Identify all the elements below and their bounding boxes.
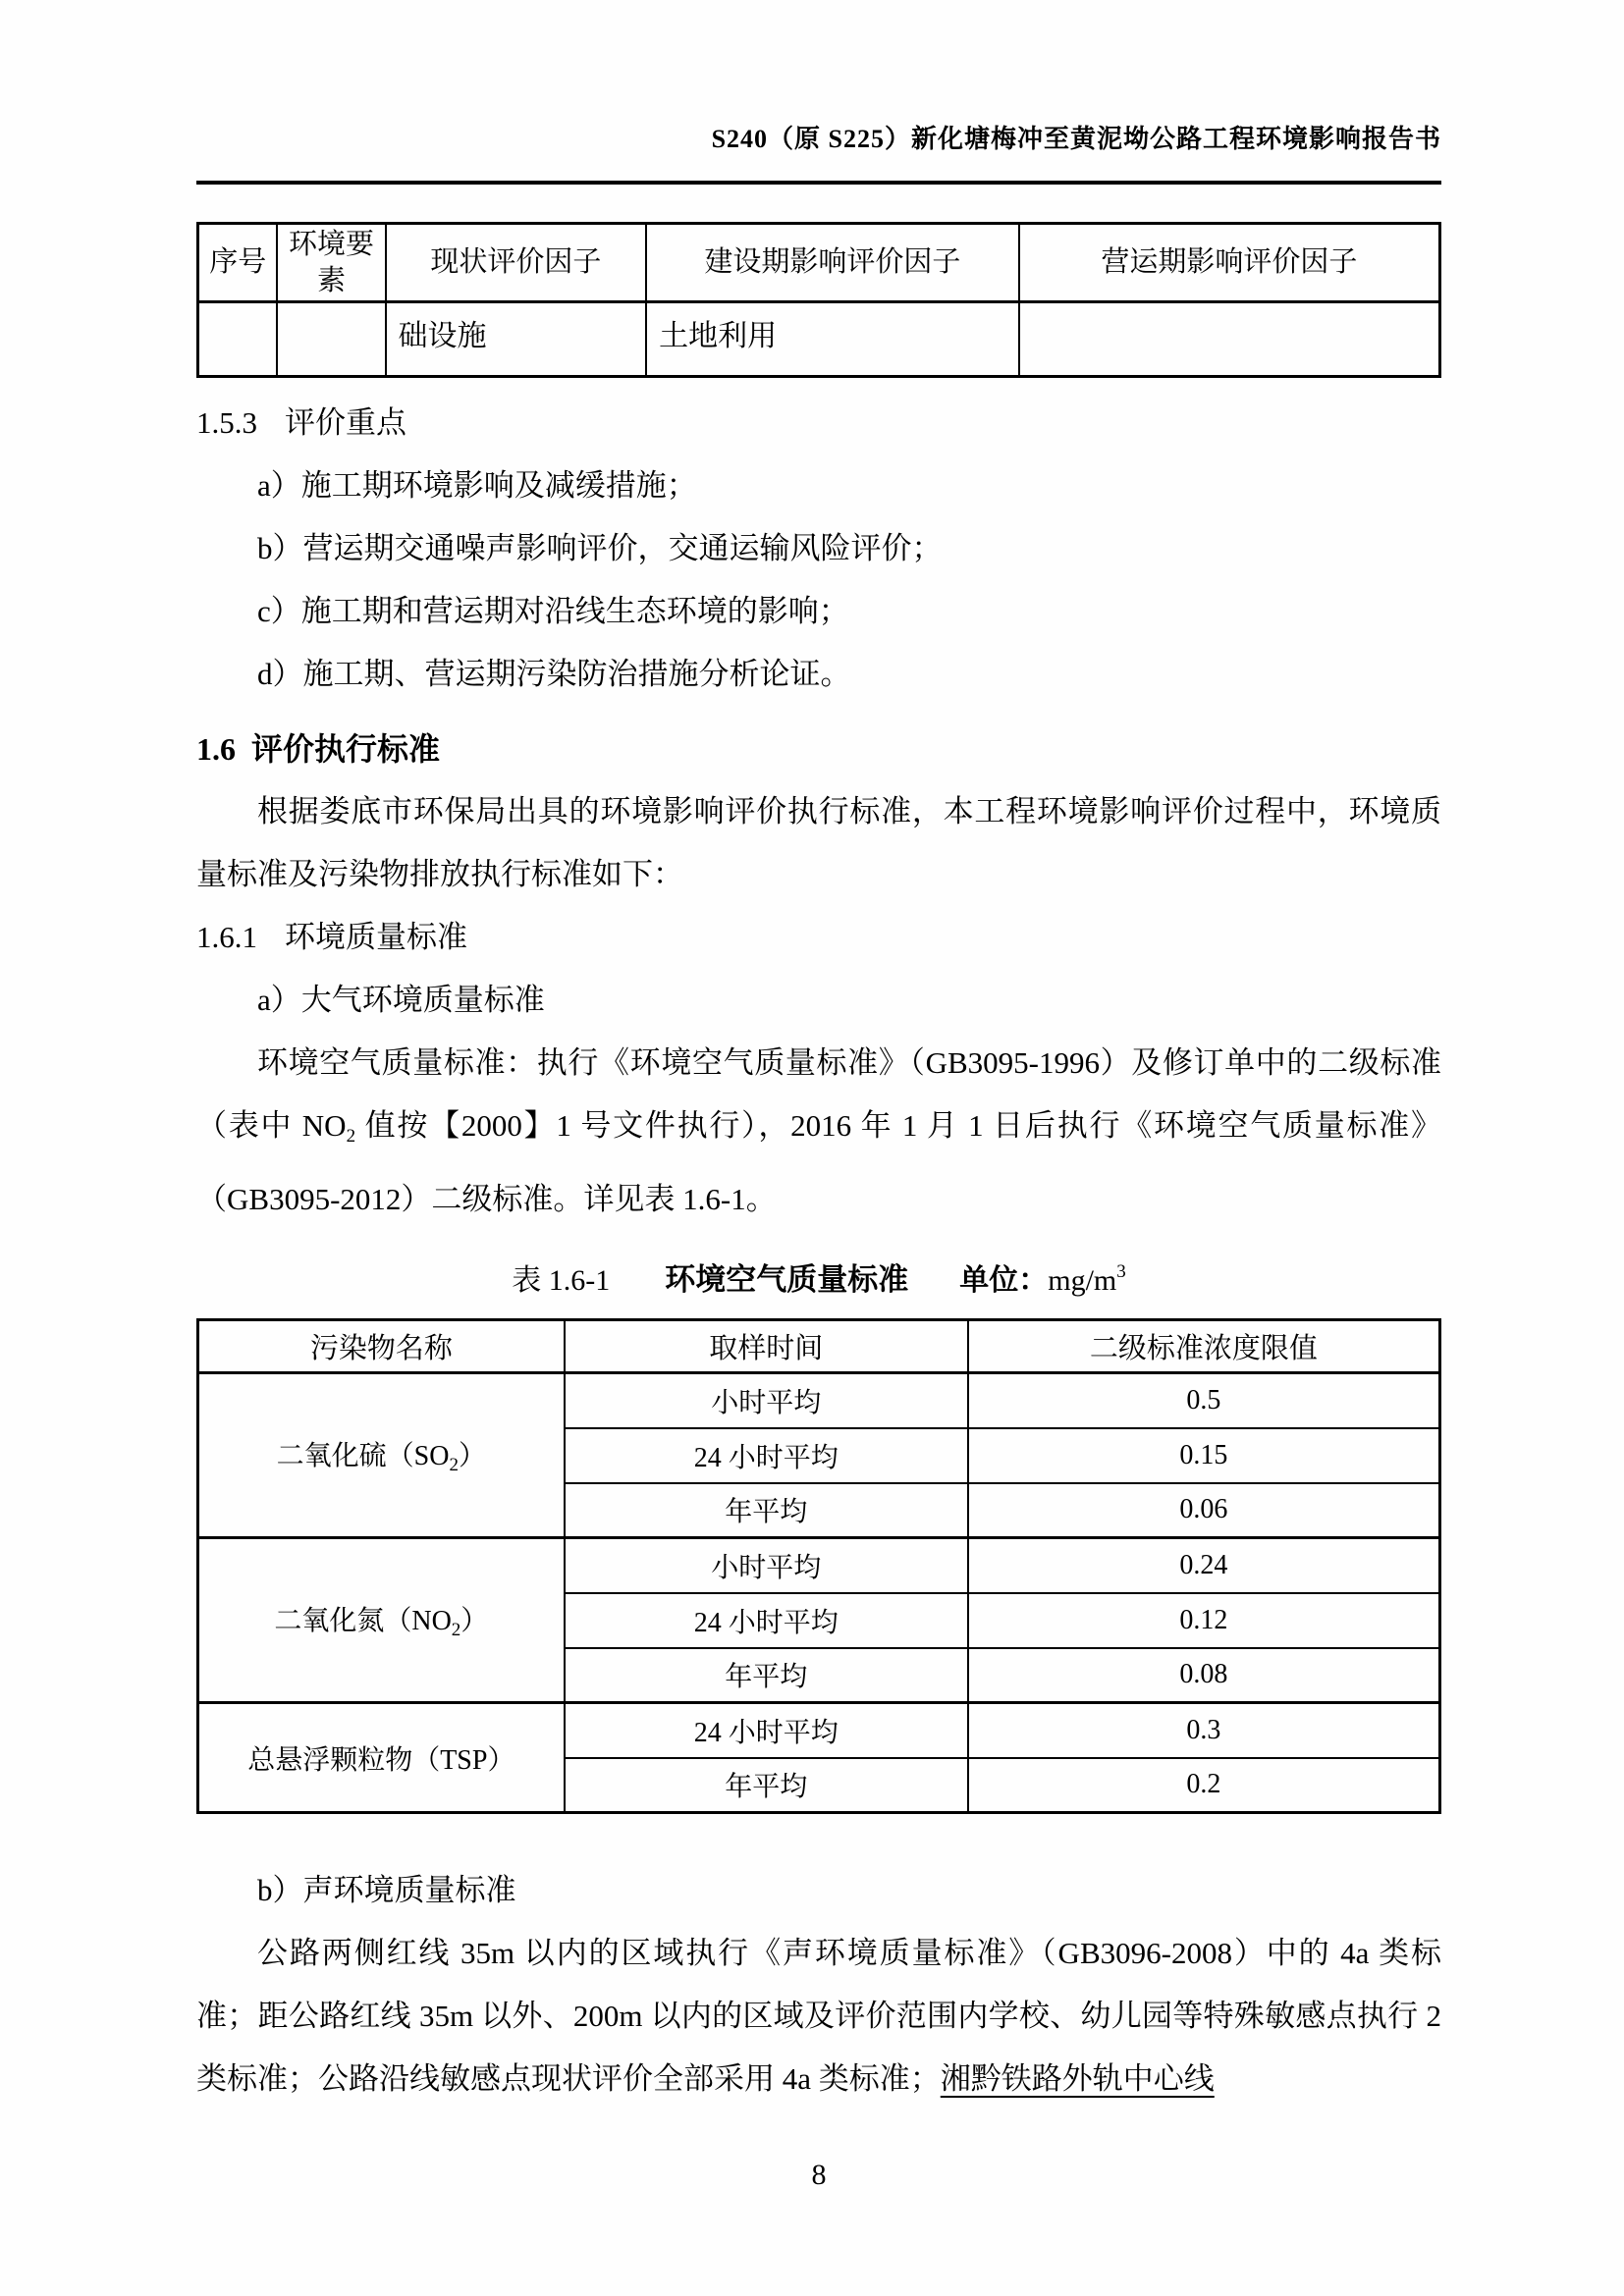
subscript: 2 [452,1620,461,1640]
pollutant-cell-no2: 二氧化氮（NO2） [198,1538,565,1703]
running-header: S240（原 S225）新化塘梅冲至黄泥坳公路工程环境影响报告书 [196,0,1441,155]
limit-value-cell: 0.5 [968,1373,1440,1428]
subsection-b-label: b）声环境质量标准 [196,1859,1441,1922]
pollutant-name-close: ） [459,1441,486,1471]
section-1-5-3-heading: 1.5.3评价重点 [196,392,1441,454]
section-title: 环境质量标准 [285,920,467,954]
table-row: 二氧化硫（SO2） 小时平均 0.5 [198,1373,1440,1428]
carryover-table: 序号 环境要素 现状评价因子 建设期影响评价因子 营运期影响评价因子 础设施 土… [196,222,1441,378]
document-page: S240（原 S225）新化塘梅冲至黄泥坳公路工程环境影响报告书 序号 环境要素… [0,0,1624,2296]
col-header-pollutant: 污染物名称 [198,1320,565,1373]
sampling-time-cell: 小时平均 [565,1373,968,1428]
pollutant-name: 二氧化硫（SO [277,1441,450,1471]
noise-standard-paragraph: 公路两侧红线 35m 以内的区域执行《声环境质量标准》（GB3096-2008）… [196,1922,1441,2110]
pollutant-name: 总悬浮颗粒物（TSP） [247,1745,514,1776]
carryover-table-header-row: 序号 环境要素 现状评价因子 建设期影响评价因子 营运期影响评价因子 [198,224,1440,302]
pollutant-name-close: ） [460,1606,488,1636]
sampling-time-cell: 年平均 [565,1483,968,1538]
sampling-time-cell: 24 小时平均 [565,1703,968,1758]
limit-value-cell: 0.3 [968,1703,1440,1758]
cell-current-factor: 础设施 [386,302,647,377]
table-row: 础设施 土地利用 [198,302,1440,377]
limit-value-cell: 0.24 [968,1538,1440,1593]
header-rule [196,181,1441,185]
paragraph-text: 值按【2000】1 号文件执行），2016 年 1 月 1 日后执行《环境空气质… [196,1108,1441,1216]
cell-env-element [277,302,385,377]
limit-value-cell: 0.06 [968,1483,1440,1538]
cell-construction-factor: 土地利用 [646,302,1019,377]
section-1-6-heading: 1.6评价执行标准 [196,718,1441,780]
superscript: 3 [1116,1261,1126,1282]
air-standard-paragraph: 环境空气质量标准：执行《环境空气质量标准》（GB3095-1996）及修订单中的… [196,1032,1441,1231]
paragraph-text: 公路两侧红线 35m 以内的区域执行《声环境质量标准》（GB3096-2008）… [196,1936,1441,2096]
table-caption-label: 表 1.6-1 [512,1264,610,1297]
table-caption-title: 环境空气质量标准 [665,1262,908,1297]
section-1-6-1-heading: 1.6.1环境质量标准 [196,906,1441,969]
air-quality-standards-table: 污染物名称 取样时间 二级标准浓度限值 二氧化硫（SO2） 小时平均 0.5 2… [196,1318,1441,1814]
list-item-b: b）营运期交通噪声影响评价，交通运输风险评价； [196,517,1441,580]
limit-value-cell: 0.12 [968,1593,1440,1648]
col-header-seq: 序号 [198,224,278,302]
list-item-a: a）施工期环境影响及减缓措施； [196,454,1441,517]
section-number: 1.6 [196,731,236,767]
subscript: 2 [347,1126,356,1147]
section-1-6-paragraph: 根据娄底市环保局出具的环境影响评价执行标准，本工程环境影响评价过程中，环境质量标… [196,780,1441,906]
col-header-limit: 二级标准浓度限值 [968,1320,1440,1373]
pollutant-cell-tsp: 总悬浮颗粒物（TSP） [198,1703,565,1813]
subscript: 2 [449,1455,459,1475]
air-table-header-row: 污染物名称 取样时间 二级标准浓度限值 [198,1320,1440,1373]
col-header-sampling-time: 取样时间 [565,1320,968,1373]
col-header-construction-factor: 建设期影响评价因子 [646,224,1019,302]
sampling-time-cell: 24 小时平均 [565,1593,968,1648]
col-header-operation-factor: 营运期影响评价因子 [1019,224,1440,302]
underlined-text: 湘黔铁路外轨中心线 [941,2061,1215,2096]
list-item-c: c）施工期和营运期对沿线生态环境的影响； [196,580,1441,643]
limit-value-cell: 0.2 [968,1758,1440,1813]
subsection-a-label: a）大气环境质量标准 [196,969,1441,1032]
table-row: 总悬浮颗粒物（TSP） 24 小时平均 0.3 [198,1703,1440,1758]
section-number: 1.6.1 [196,920,257,954]
limit-value-cell: 0.08 [968,1648,1440,1703]
section-title: 评价执行标准 [251,731,440,767]
pollutant-cell-so2: 二氧化硫（SO2） [198,1373,565,1538]
limit-value-cell: 0.15 [968,1428,1440,1483]
cell-operation-factor [1019,302,1440,377]
list-item-d: d）施工期、营运期污染防治措施分析论证。 [196,643,1441,706]
col-header-current-factor: 现状评价因子 [386,224,647,302]
sampling-time-cell: 年平均 [565,1648,968,1703]
section-number: 1.5.3 [196,405,257,440]
table-row: 二氧化氮（NO2） 小时平均 0.24 [198,1538,1440,1593]
table-caption-unit-label: 单位： [959,1264,1048,1297]
section-title: 评价重点 [285,405,406,440]
col-header-env-element: 环境要素 [277,224,385,302]
pollutant-name: 二氧化氮（NO [274,1606,451,1636]
table-1-6-1-caption: 表 1.6-1环境空气质量标准单位：mg/m3 [196,1241,1441,1312]
sampling-time-cell: 小时平均 [565,1538,968,1593]
page-number: 8 [196,2154,1441,2197]
cell-seq [198,302,278,377]
sampling-time-cell: 年平均 [565,1758,968,1813]
table-caption-unit-value: mg/m [1048,1264,1116,1297]
sampling-time-cell: 24 小时平均 [565,1428,968,1483]
